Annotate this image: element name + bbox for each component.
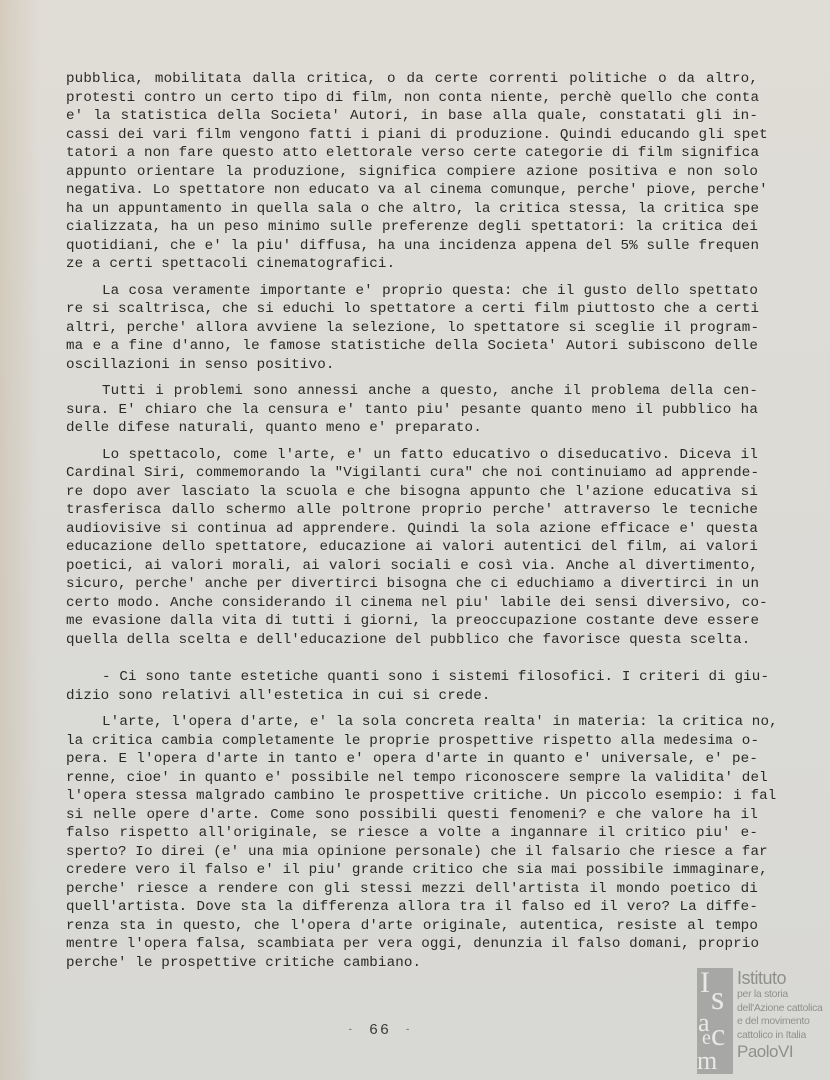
text-line: trasferisca dallo schermo alle poltrone …	[66, 501, 758, 520]
text-section-1: pubblica, mobilitata dalla critica, o da…	[66, 70, 758, 649]
text-line: me evasione dalla vita di tutti i giorni…	[66, 612, 758, 631]
monogram-letter: e	[702, 1028, 711, 1048]
text-line: - Ci sono tante estetiche quanti sono i …	[66, 668, 758, 687]
text-line: appunto orientare la produzione, signifi…	[66, 163, 758, 182]
text-line: negativa. Lo spettatore non educato va a…	[66, 181, 758, 200]
paragraph: pubblica, mobilitata dalla critica, o da…	[66, 70, 758, 274]
text-line: pera. E l'opera d'arte in tanto e' opera…	[66, 750, 758, 769]
text-line: renza sta in questo, che l'opera d'arte …	[66, 917, 758, 936]
paragraph-gap	[66, 374, 758, 382]
text-line: ma e a fine d'anno, le famose statistich…	[66, 337, 758, 356]
text-line: educazione dello spettatore, educazione …	[66, 538, 758, 557]
text-line: perche' riesce a rendere con gli stessi …	[66, 880, 758, 899]
paragraph: L'arte, l'opera d'arte, e' la sola concr…	[66, 713, 758, 972]
text-line: sura. E' chiaro che la censura e' tanto …	[66, 401, 758, 420]
text-line: quotidiani, che e' la piu' diffusa, ha u…	[66, 237, 758, 256]
text-line: perche' le prospettive critiche cambiano…	[66, 954, 758, 973]
text-line: mentre l'opera falsa, scambiata per vera…	[66, 935, 758, 954]
text-line: dizio sono relativi all'estetica in cui …	[66, 687, 758, 706]
text-line: ze a certi spettacoli cinematografici.	[66, 255, 758, 274]
paragraph: - Ci sono tante estetiche quanti sono i …	[66, 668, 758, 705]
text-line: re si scaltrisca, che si educhi lo spett…	[66, 300, 758, 319]
text-line: certo modo. Anche considerando il cinema…	[66, 594, 758, 613]
text-line: la critica cambia completamente le propr…	[66, 732, 758, 751]
text-line: Lo spettacolo, come l'arte, e' un fatto …	[66, 446, 758, 465]
scanned-page: pubblica, mobilitata dalla critica, o da…	[0, 0, 830, 1080]
logo-line: dell'Azione cattolica	[737, 1002, 823, 1016]
text-line: sperto? Io direi (e' una mia opinione pe…	[66, 843, 758, 862]
monogram-letter: I	[700, 968, 710, 998]
monogram-letter: m	[697, 1048, 717, 1074]
paragraph: La cosa veramente importante e' proprio …	[66, 282, 758, 375]
text-line: l'opera stessa malgrado cambino le prosp…	[66, 787, 758, 806]
text-line: renne, cioe' in quanto e' possibile nel …	[66, 769, 758, 788]
paragraph-gap	[66, 438, 758, 446]
text-line: re dopo aver lasciato la scuola e che bi…	[66, 483, 758, 502]
logo-line: per la storia	[737, 988, 823, 1002]
text-section-2: - Ci sono tante estetiche quanti sono i …	[66, 668, 758, 972]
logo-line: cattolico in Italia	[737, 1029, 823, 1043]
text-line: Tutti i problemi sono annessi anche a qu…	[66, 382, 758, 401]
page-number-dash-right: -	[405, 1025, 412, 1035]
logo-title: Istituto	[737, 968, 823, 988]
paragraph: Lo spettacolo, come l'arte, e' un fatto …	[66, 446, 758, 650]
text-line: falso rispetto all'originale, se riesce …	[66, 824, 758, 843]
paragraph-gap	[66, 705, 758, 713]
logo-text: Istituto per la storia dell'Azione catto…	[737, 968, 823, 1062]
text-line: quella della scelta e dell'educazione de…	[66, 631, 758, 650]
text-line: delle difese naturali, quanto meno e' pr…	[66, 419, 758, 438]
text-line: cializzata, ha un peso minimo sulle pref…	[66, 218, 758, 237]
text-line: La cosa veramente importante e' proprio …	[66, 282, 758, 301]
logo-monogram-icon: I s a e c m	[697, 968, 733, 1074]
text-line: quell'artista. Dove sta la differenza al…	[66, 898, 758, 917]
page-number-dash-left: -	[348, 1025, 355, 1035]
text-line: pubblica, mobilitata dalla critica, o da…	[66, 70, 758, 89]
text-line: si nelle opere d'arte. Come sono possibi…	[66, 806, 758, 825]
text-line: Cardinal Siri, commemorando la "Vigilant…	[66, 464, 758, 483]
text-line: oscillazioni in senso positivo.	[66, 356, 758, 375]
text-line: sicuro, perche' anche per divertirci bis…	[66, 575, 758, 594]
paragraph-gap	[66, 274, 758, 282]
isacem-watermark-logo: I s a e c m Istituto per la storia dell'…	[697, 968, 827, 1074]
page-number-value: 66	[369, 1022, 391, 1039]
paragraph: Tutti i problemi sono annessi anche a qu…	[66, 382, 758, 438]
text-line: e' la statistica della Societa' Autori, …	[66, 107, 758, 126]
text-line: L'arte, l'opera d'arte, e' la sola concr…	[66, 713, 758, 732]
text-line: poetici, ai valori morali, ai valori soc…	[66, 557, 758, 576]
text-line: cassi dei vari film vengono fatti i pian…	[66, 126, 758, 145]
text-line: protesti contro un certo tipo di film, n…	[66, 89, 758, 108]
page-number: -66-	[330, 1022, 430, 1039]
monogram-letter: s	[711, 982, 724, 1016]
text-line: altri, perche' allora avviene la selezio…	[66, 319, 758, 338]
text-line: credere vero il falso e' il piu' grande …	[66, 861, 758, 880]
logo-line: e del movimento	[737, 1015, 823, 1029]
text-line: ha un appuntamento in quella sala o che …	[66, 200, 758, 219]
text-line: audiovisive si continua ad apprendere. Q…	[66, 520, 758, 539]
logo-name: PaoloVI	[737, 1042, 823, 1062]
text-line: tatori a non fare questo atto elettorale…	[66, 144, 758, 163]
